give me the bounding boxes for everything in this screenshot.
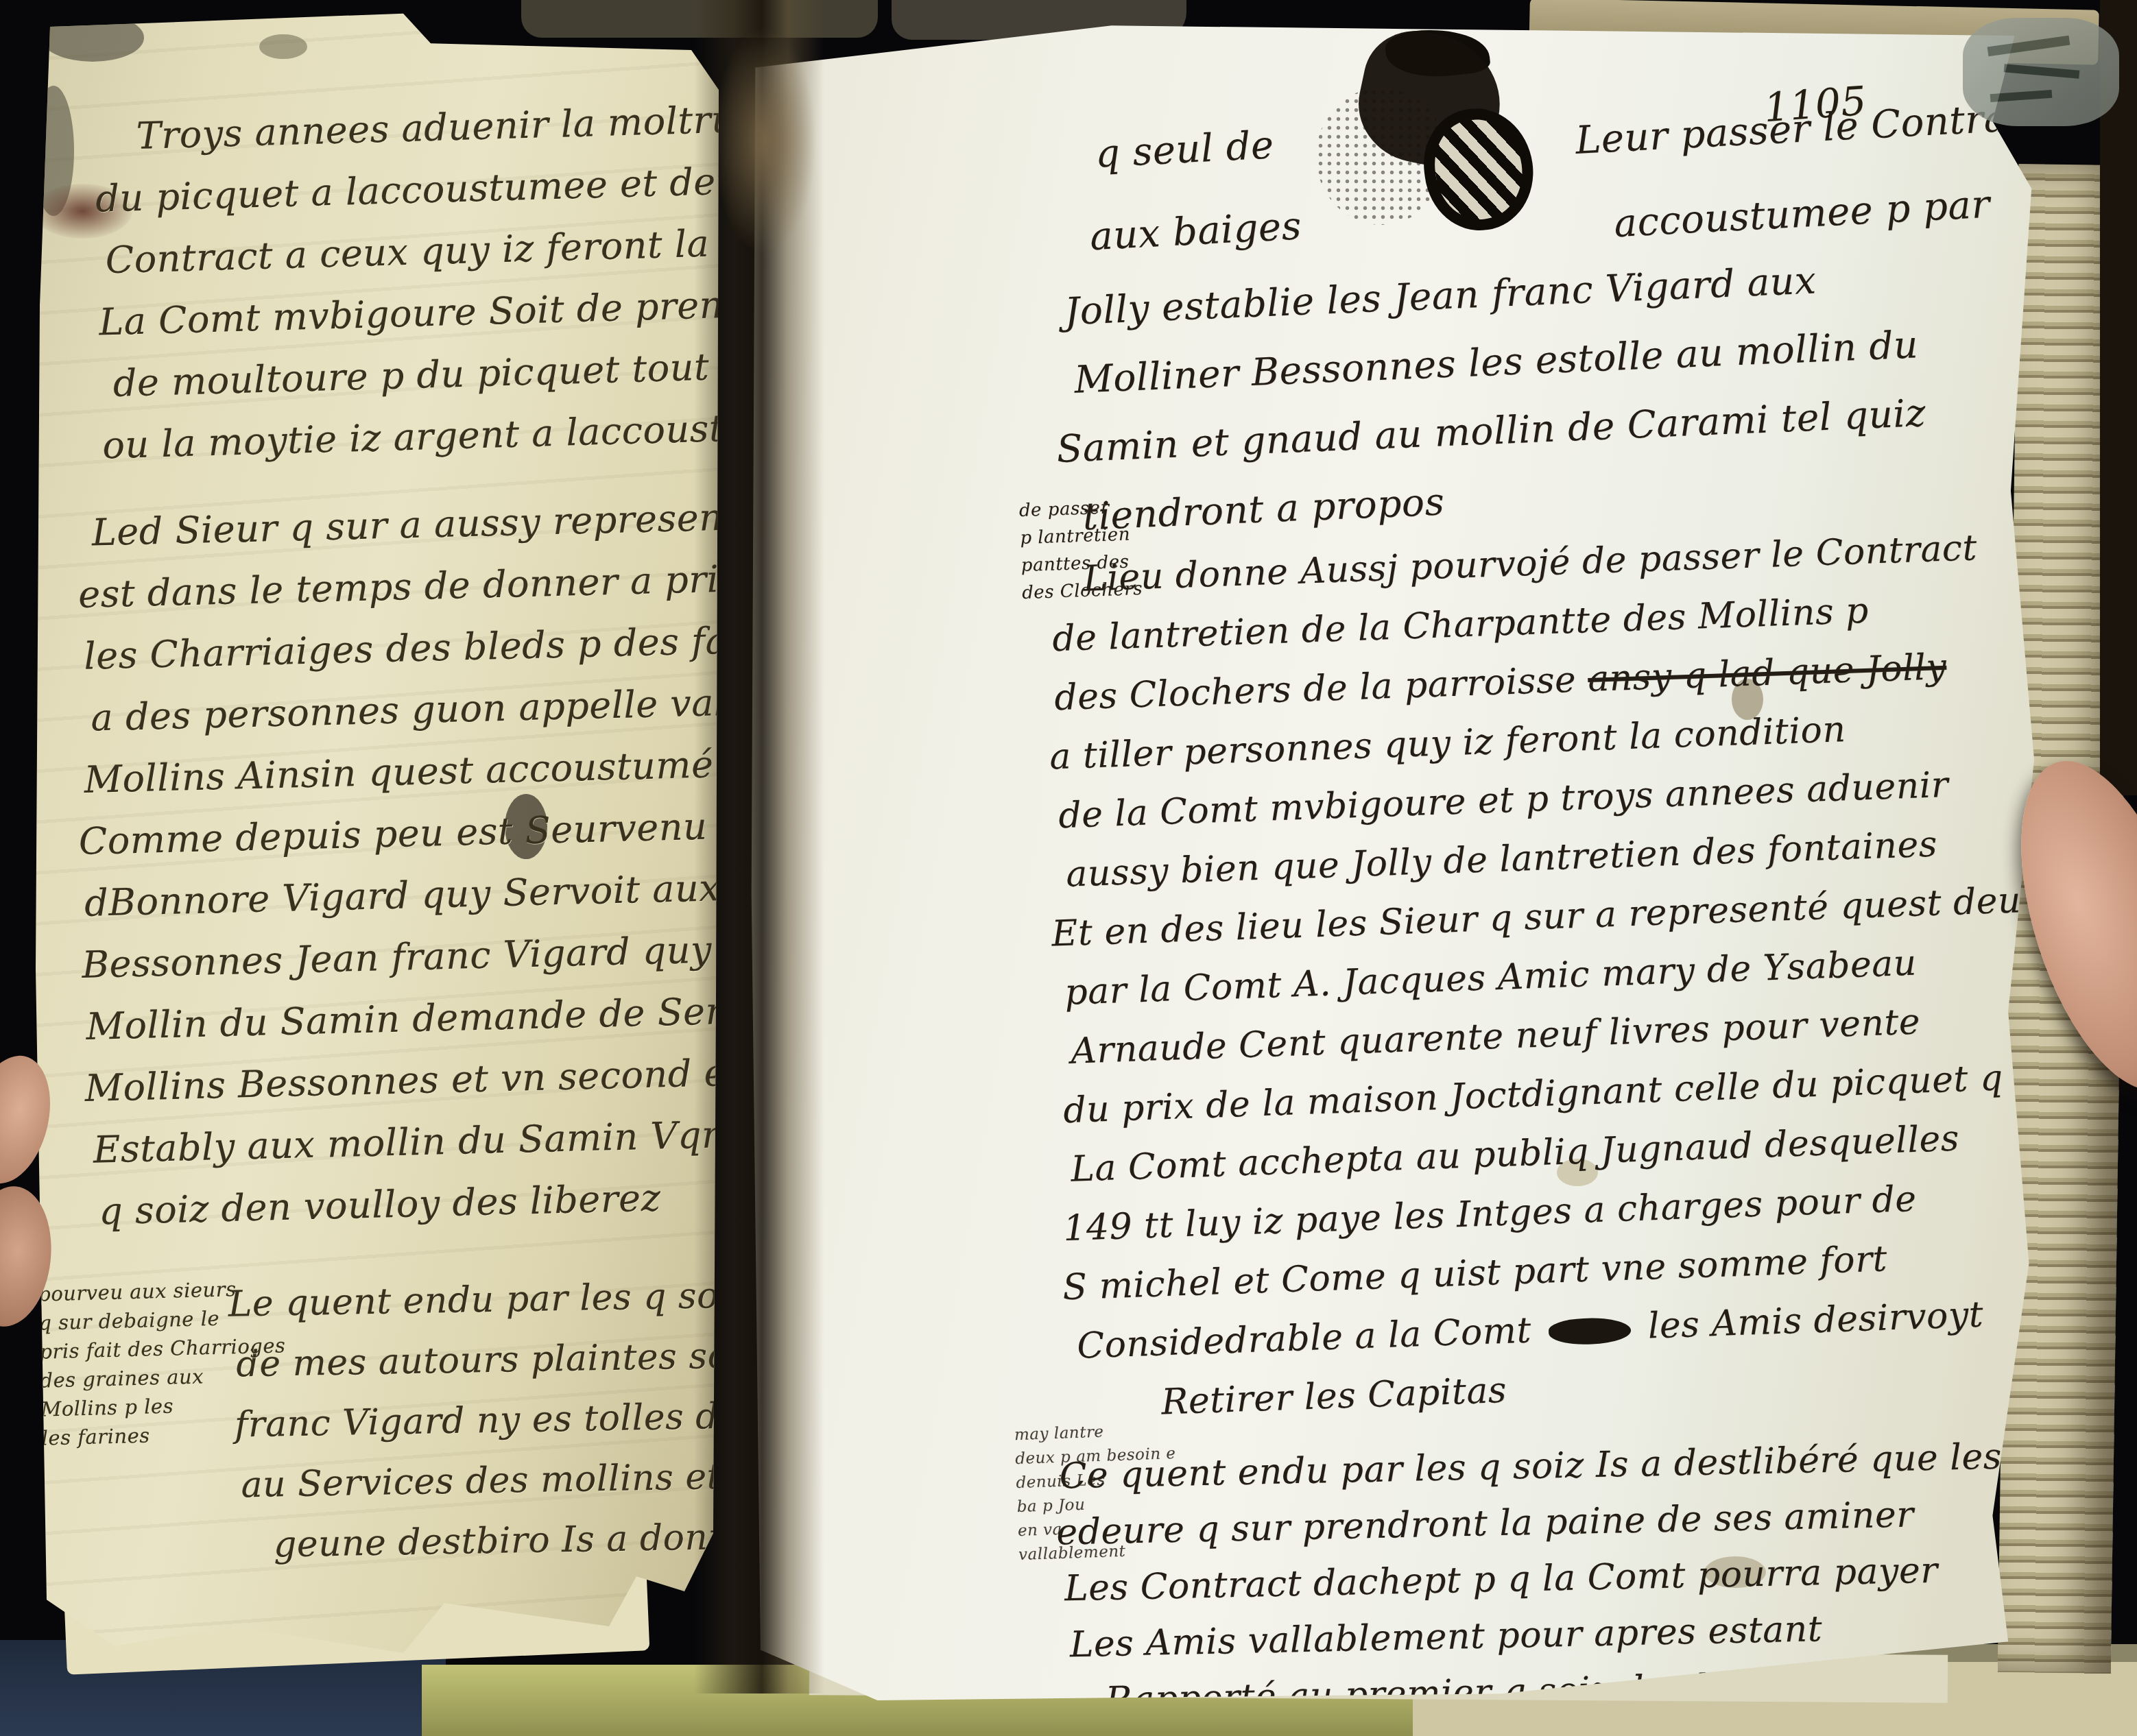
margin-note-line: de passer bbox=[1018, 493, 1140, 525]
ink-blot bbox=[1548, 1316, 1631, 1345]
manuscript-line: q seul de bbox=[1093, 103, 1300, 195]
right-paragraph-1-left: q seul de aux baiges bbox=[1093, 103, 1304, 278]
stain bbox=[33, 86, 74, 216]
margin-note-line: les farines bbox=[41, 1417, 288, 1452]
top-shadow-smudge bbox=[521, 0, 878, 38]
ink-smudge bbox=[505, 794, 547, 859]
struck-text: ansy q lad que Jolly bbox=[1587, 647, 1947, 700]
stain bbox=[259, 34, 307, 59]
manuscript-line: aux baiges bbox=[1088, 185, 1304, 278]
margin-note-line: des graines aux bbox=[40, 1360, 287, 1395]
background-shadow bbox=[2100, 0, 2137, 795]
right-page: 1105 q seul de aux baiges Leur passer le… bbox=[748, 21, 2047, 1700]
stamp-mark bbox=[1987, 36, 2070, 57]
left-margin-note: pourveu aux sieurs q sur debaigne le pri… bbox=[38, 1273, 289, 1452]
right-paragraph-2: Lieu donne Aussj pourvojé de passer le C… bbox=[1049, 516, 2062, 1434]
stamp-mark bbox=[1990, 90, 2053, 102]
manuscript-photo: Troys annees aduenir la moltrure p droit… bbox=[0, 0, 2137, 1736]
margin-note-line: p lantretien bbox=[1020, 520, 1141, 552]
manuscript-line-plain: des Clochers de la parroisse bbox=[1053, 659, 1588, 719]
stain bbox=[33, 184, 132, 239]
stamp-mark bbox=[2004, 64, 2080, 79]
margin-note-line: Mollins p les bbox=[40, 1388, 287, 1423]
corner-stamp bbox=[1963, 18, 2119, 126]
margin-note-line: pris fait des Charrioges bbox=[39, 1331, 286, 1366]
ink-seal bbox=[1320, 34, 1550, 247]
manuscript-line-plain: Considedrable a la Comt bbox=[1076, 1310, 1544, 1367]
manuscript-line-plain: les Amis desirvoyt bbox=[1636, 1294, 1984, 1348]
stain bbox=[41, 14, 144, 62]
margin-note-line: pourveu aux sieurs bbox=[38, 1273, 285, 1308]
left-page: Troys annees aduenir la moltrure p droit… bbox=[33, 7, 719, 1666]
margin-note-line: q sur debaigne le bbox=[38, 1302, 285, 1337]
right-paragraph-1: Jolly establie les Jean franc Vigard aux… bbox=[1063, 241, 1930, 551]
gutter-shadow bbox=[713, 27, 816, 254]
